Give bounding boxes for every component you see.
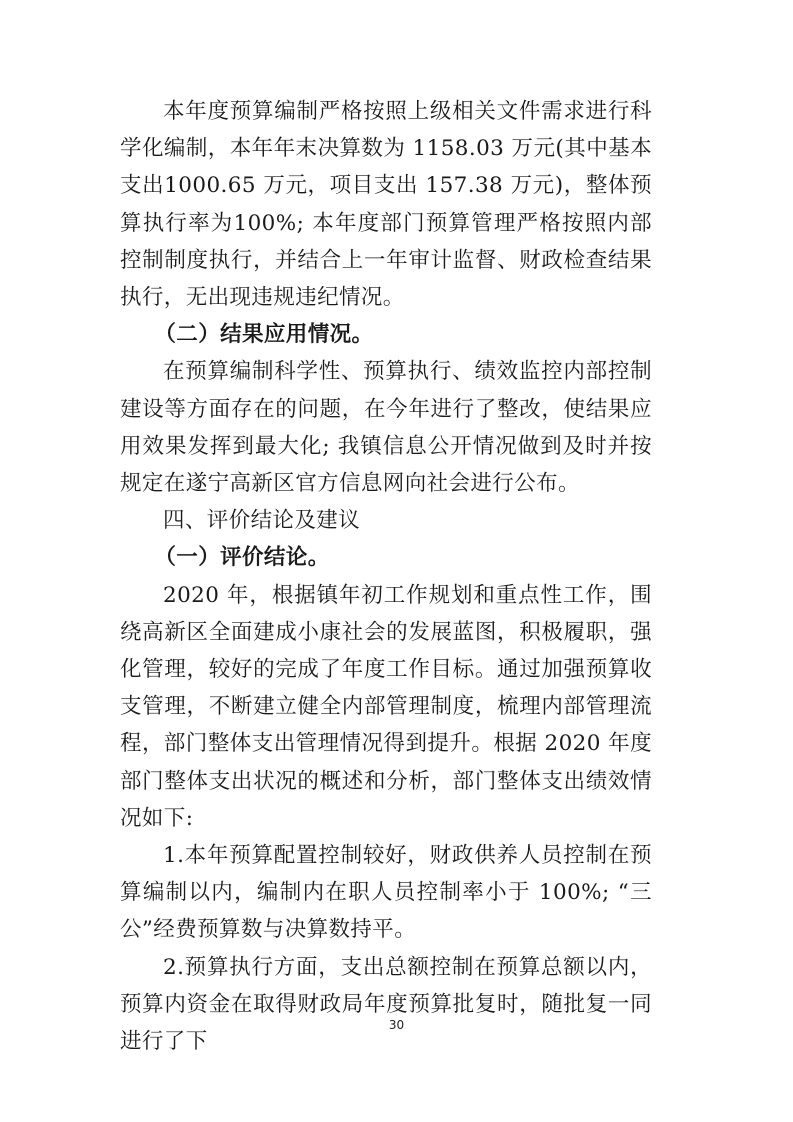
subheading-evaluation-conclusion: （一）评价结论。 xyxy=(120,539,652,576)
page-number: 30 xyxy=(0,1018,793,1032)
paragraph-result-application: 在预算编制科学性、预算执行、绩效监控内部控制建设等方面存在的问题，在今年进行了整… xyxy=(120,353,652,502)
subheading-result-application: （二）结果应用情况。 xyxy=(120,316,652,353)
document-page: 本年度预算编制严格按照上级相关文件需求进行科学化编制，本年年末决算数为 1158… xyxy=(120,93,652,1060)
paragraph-evaluation-summary: 2020 年，根据镇年初工作规划和重点性工作，围绕高新区全面建成小康社会的发展蓝… xyxy=(120,577,652,837)
heading-conclusion-and-suggestions: 四、评价结论及建议 xyxy=(120,502,652,539)
paragraph-item-2-budget-execution: 2.预算执行方面，支出总额控制在预算总额以内，预算内资金在取得财政局年度预算批复… xyxy=(120,949,652,1061)
paragraph-budget-compilation: 本年度预算编制严格按照上级相关文件需求进行科学化编制，本年年末决算数为 1158… xyxy=(120,93,652,316)
paragraph-item-1-budget-allocation: 1.本年预算配置控制较好，财政供养人员控制在预算编制以内，编制内在职人员控制率小… xyxy=(120,837,652,949)
